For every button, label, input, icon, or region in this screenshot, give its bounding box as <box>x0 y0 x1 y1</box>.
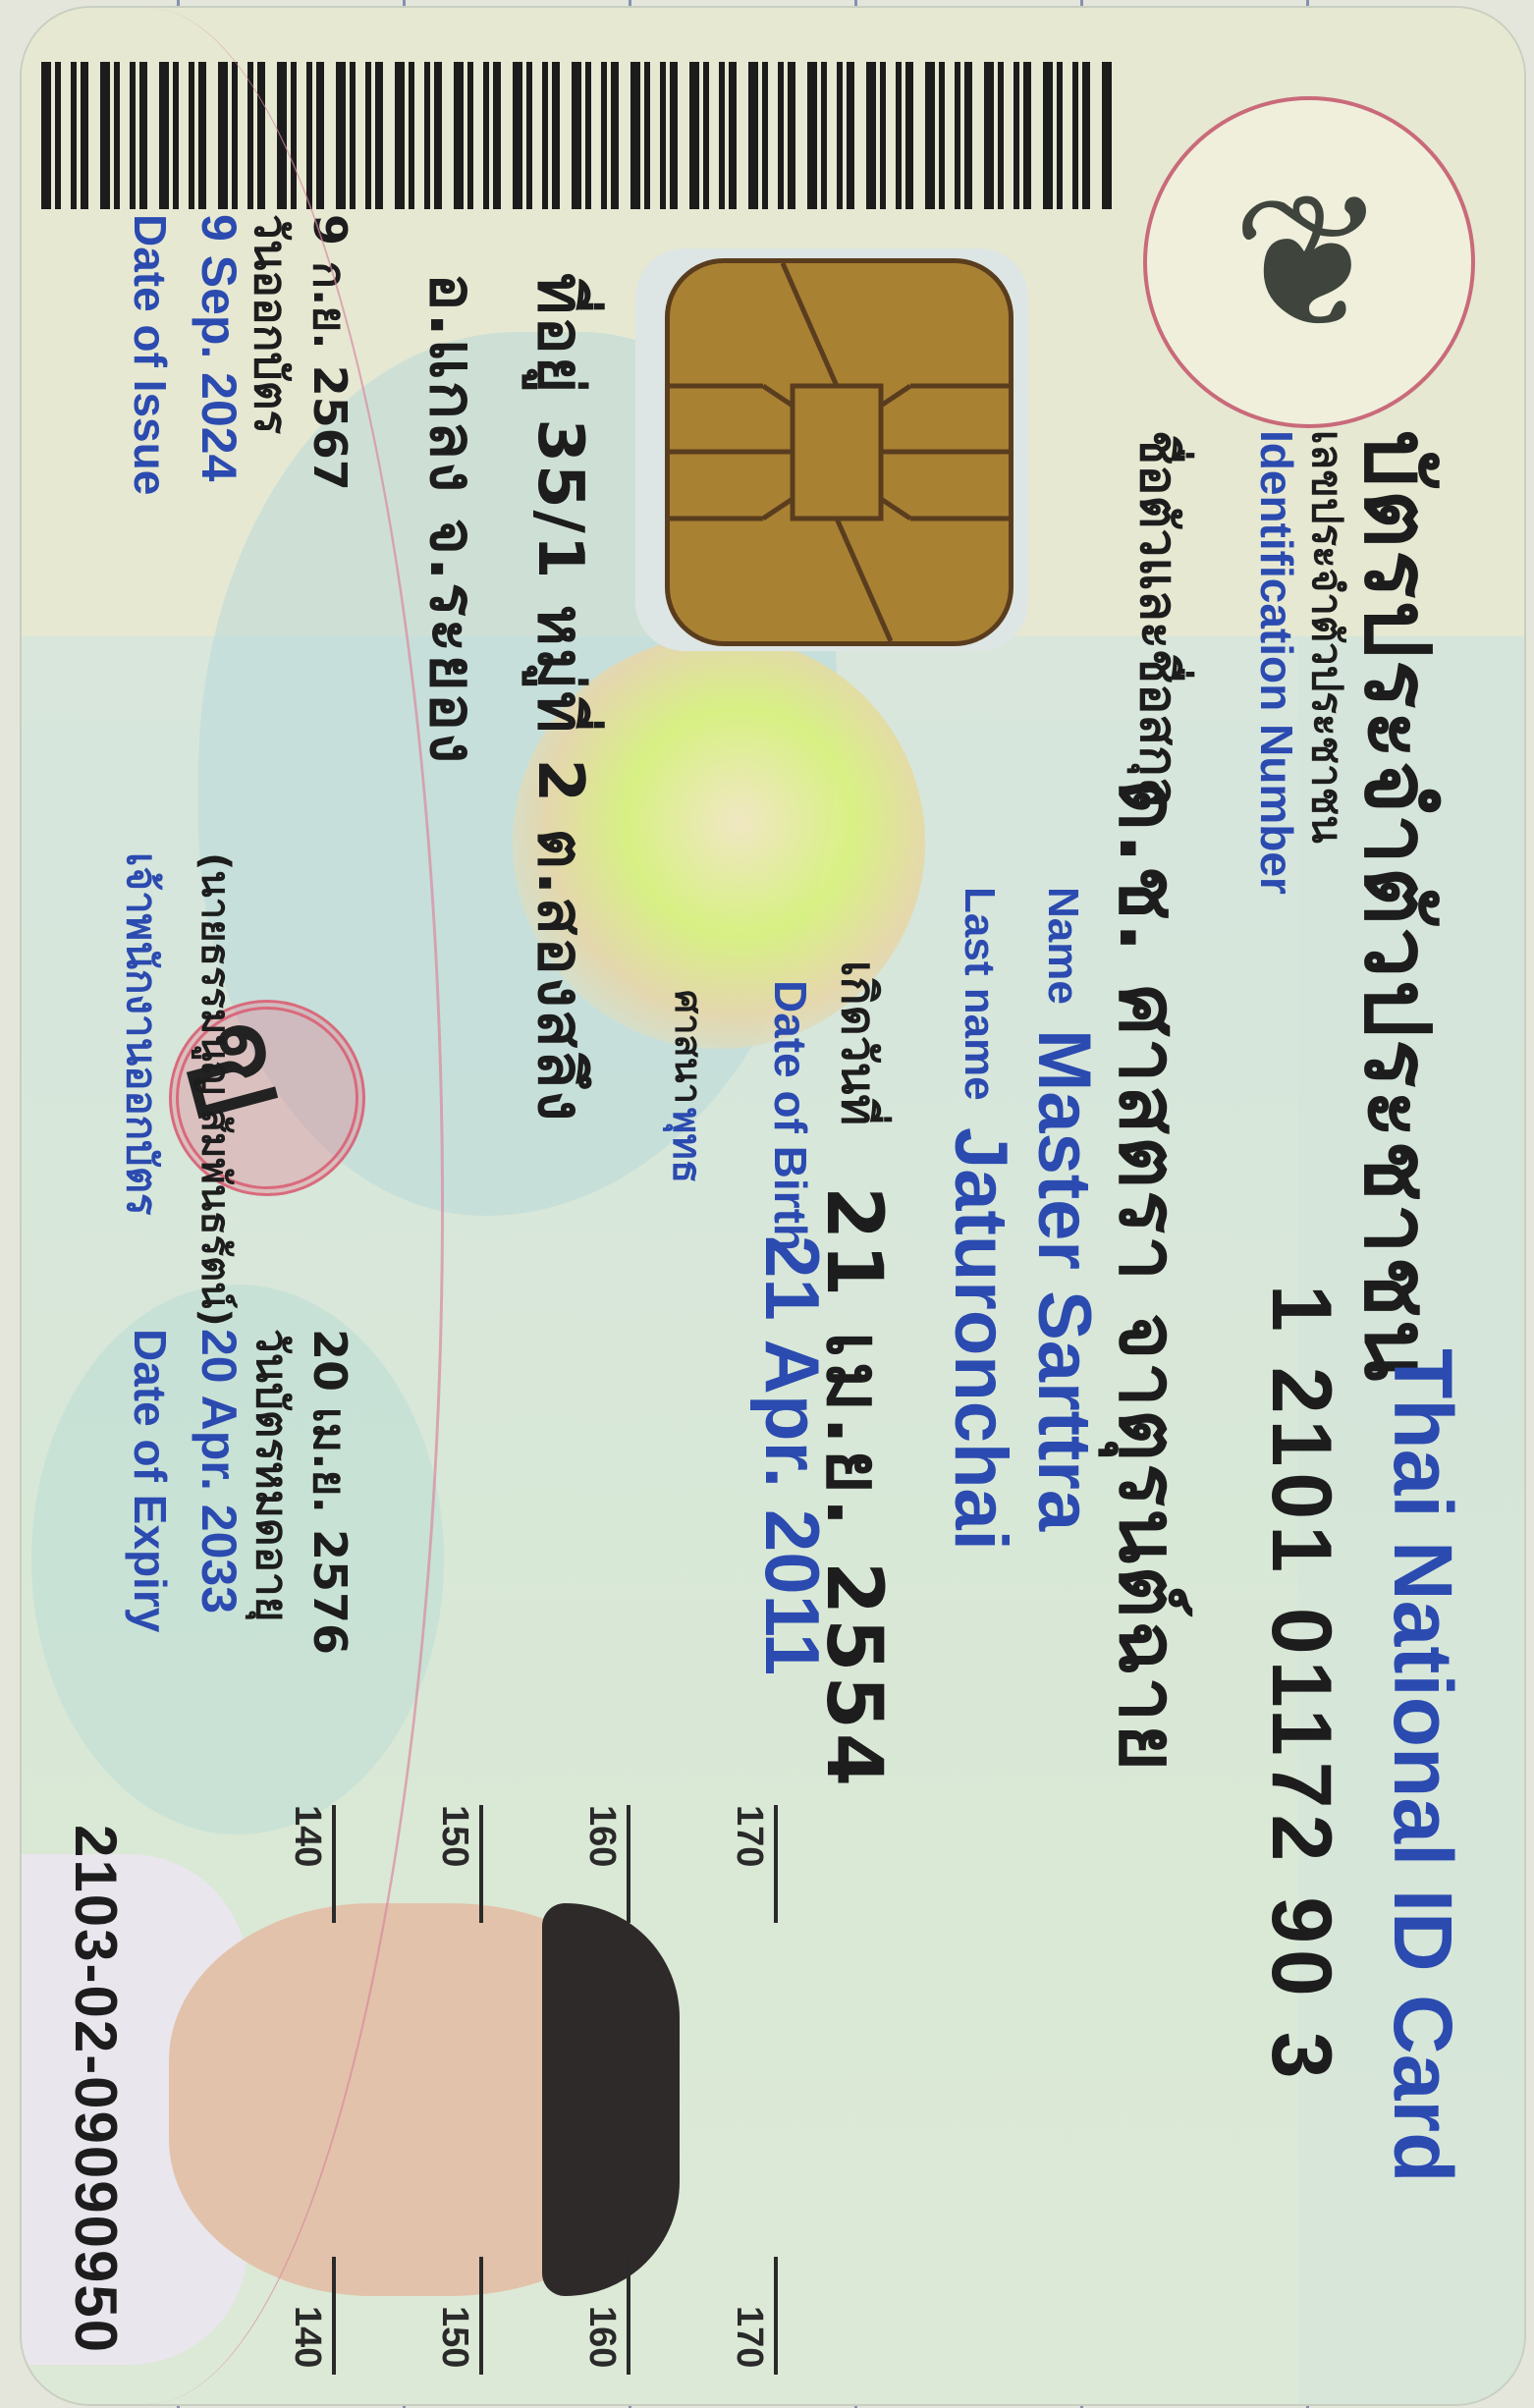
height-scale-line <box>332 2257 336 2375</box>
dob-label-thai: เกิดวันที่ <box>821 960 896 1125</box>
expiry-date-english: 20 Apr. 2033 <box>191 1329 247 1614</box>
expiry-date-label-thai: วันบัตรหมดอายุ <box>238 1329 306 1621</box>
card-serial-number: 2103-02-09090950 <box>62 1825 130 2354</box>
dob-english: 21 Apr. 2011 <box>747 1235 837 1675</box>
address-line-1: ที่อยู่ 35/1 หมู่ที่ 2 ต.สองสลึง <box>511 273 611 1122</box>
signer-name: (นายธรรมนูญ สัมพันธรัตน์) <box>185 852 247 1327</box>
height-scale-mark: 150 <box>433 1805 475 1867</box>
expiry-date-label-english: Date of Expiry <box>124 1329 177 1632</box>
smart-card-chip-icon <box>665 258 1014 646</box>
height-scale-mark: 160 <box>580 2306 623 2368</box>
first-name-english: Master Sarttra <box>1021 1029 1107 1531</box>
height-scale-line <box>774 2257 778 2375</box>
address-line-2: อ.แกลง จ.ระยอง <box>403 273 503 765</box>
issue-date-english: 9 Sep. 2024 <box>191 214 247 481</box>
garuda-emblem-icon: ❦ <box>1143 96 1475 428</box>
height-scale-mark: 150 <box>433 2306 475 2368</box>
issuing-officer-label: เจ้าพนักงานออกบัตร <box>109 852 174 1216</box>
last-name-english: Jaturonchai <box>938 1127 1023 1551</box>
height-scale-line <box>479 1805 483 1923</box>
height-scale-line <box>627 2257 630 2375</box>
id-number-label-english: Identification Number <box>1250 430 1303 895</box>
last-name-label-english: Last name <box>955 887 1004 1101</box>
barcode <box>41 62 1112 209</box>
dob-label-english: Date of Birth <box>764 980 817 1251</box>
name-label-thai: ชื่อตัวและชื่อสกุล <box>1119 430 1200 807</box>
name-label-english: Name <box>1038 887 1087 1005</box>
issue-date-label-english: Date of Issue <box>124 214 177 495</box>
thai-national-id-card: ❦ บัตรประจำตัวประชาชน Thai National I <box>22 8 1524 2404</box>
religion-value: พุทธ <box>656 1108 719 1183</box>
height-scale-mark: 170 <box>728 1805 770 1867</box>
height-scale-line <box>627 1805 630 1923</box>
height-scale-line <box>332 1805 336 1923</box>
height-scale-line <box>479 2257 483 2375</box>
id-number-label-thai: เลขประจำตัวประชาชน <box>1294 430 1359 844</box>
height-scale-mark: 160 <box>580 1805 623 1867</box>
height-scale-mark: 170 <box>728 2306 770 2368</box>
religion-label: ศาสนา <box>659 990 719 1104</box>
height-scale-line <box>774 1805 778 1923</box>
id-number: 1 2101 01172 90 3 <box>1252 1285 1349 2085</box>
height-scale-mark: 140 <box>286 1805 328 1867</box>
height-scale-mark: 140 <box>286 2306 328 2368</box>
card-title-english: Thai National ID Card <box>1375 1348 1470 2182</box>
photo-hair <box>542 1903 680 2296</box>
